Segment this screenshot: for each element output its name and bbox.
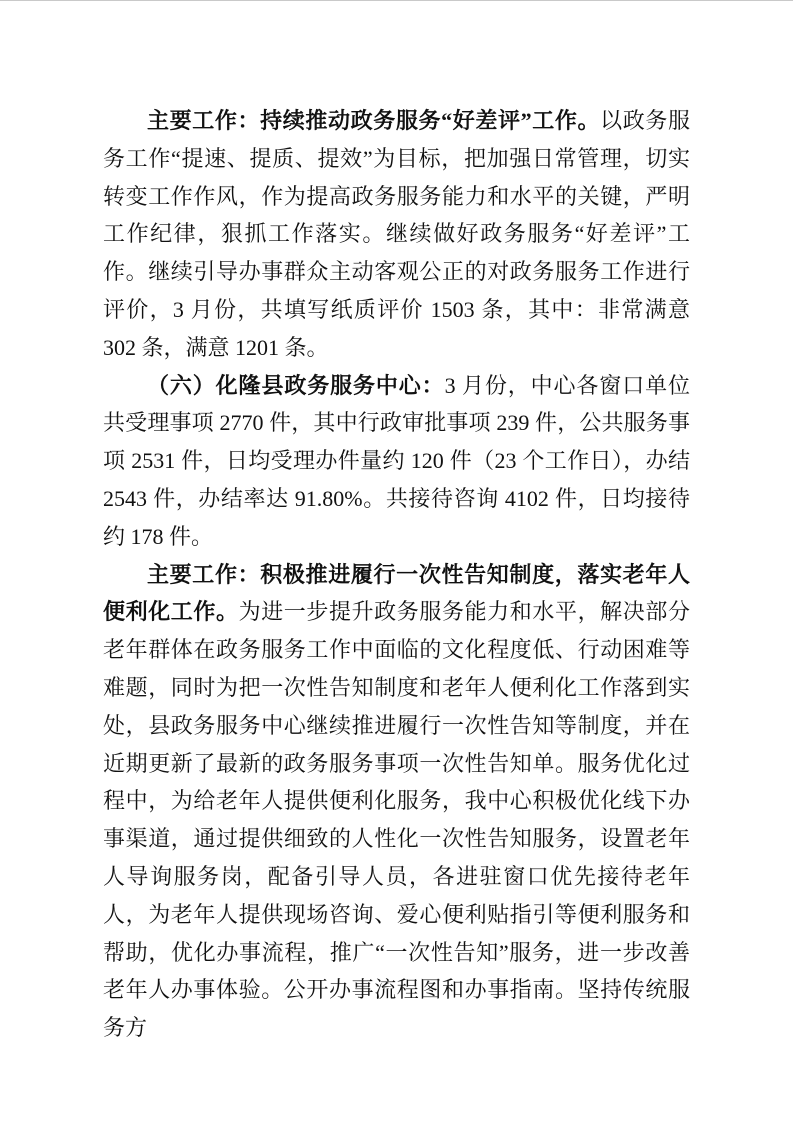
paragraph-hualong-service-center: （六）化隆县政务服务中心：3 月份，中心各窗口单位共受理事项 2770 件，其中… [103,367,690,556]
document-text-block: 主要工作：持续推动政务服务“好差评”工作。以政务服务工作“提速、提质、提效”为目… [103,102,690,1047]
paragraph-2-body: 3 月份，中心各窗口单位共受理事项 2770 件，其中行政审批事项 239 件，… [103,373,690,549]
paragraph-3-body: 为进一步提升政务服务能力和水平，解决部分老年群体在政务服务工作中面临的文化程度低… [103,599,690,1040]
paragraph-1-body: 以政务服务工作“提速、提质、提效”为目标，把加强日常管理，切实转变工作作风，作为… [103,108,690,360]
paragraph-1-lead: 主要工作：持续推动政务服务“好差评”工作。 [147,108,600,133]
paragraph-main-work-haochaping: 主要工作：持续推动政务服务“好差评”工作。以政务服务工作“提速、提质、提效”为目… [103,102,690,367]
paragraph-2-lead: （六）化隆县政务服务中心： [147,373,445,398]
paragraph-main-work-one-time-notification: 主要工作：积极推进履行一次性告知制度，落实老年人便利化工作。为进一步提升政务服务… [103,556,690,1047]
document-page: 主要工作：持续推动政务服务“好差评”工作。以政务服务工作“提速、提质、提效”为目… [0,0,793,1122]
